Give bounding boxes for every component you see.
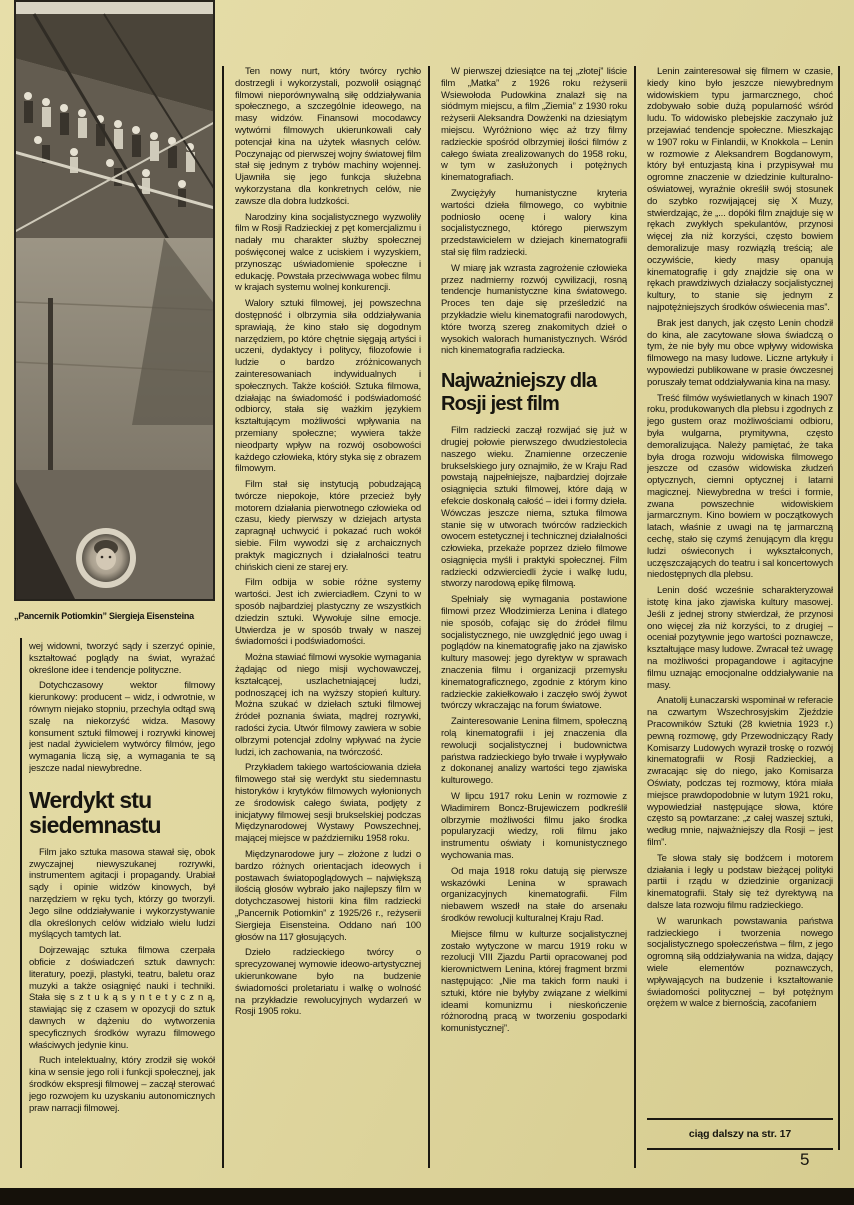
text-column-4: Lenin zainteresował się filmem w czasie,… — [647, 66, 833, 1106]
text-column-2: Ten nowy nurt, który twórcy rychło dostr… — [235, 66, 421, 1168]
paragraph: W warunkach powstawania państwa radzieck… — [647, 916, 833, 1010]
text-column-3: W pierwszej dziesiątce na tej „złotej” l… — [441, 66, 627, 1168]
column-rule — [222, 66, 224, 1168]
paragraph: Treść filmów wyświetlanych w kinach 1907… — [647, 393, 833, 582]
paragraph: Przykładem takiego wartościowania dzieła… — [235, 762, 421, 845]
paragraph: Dojrzewając sztuka filmowa czerpała obfi… — [29, 945, 215, 1051]
paragraph: Miejsce filmu w kulturze socjalistycznej… — [441, 929, 627, 1035]
paragraph: Narodziny kina socjalistycznego wyzwolił… — [235, 212, 421, 295]
page-bottom-bar — [0, 1188, 854, 1205]
paragraph: Film odbija w sobie różne systemy wartoś… — [235, 577, 421, 648]
paragraph: Lenin zainteresował się filmem w czasie,… — [647, 66, 833, 314]
paragraph: Spełniały się wymagania postawione filmo… — [441, 594, 627, 712]
paragraph: W pierwszej dziesiątce na tej „złotej” l… — [441, 66, 627, 184]
paragraph: W miarę jak wzrasta zagrożenie człowieka… — [441, 263, 627, 357]
paragraph: Film radziecki zaczął rozwijać się już w… — [441, 425, 627, 590]
paragraph: wej widowni, tworzyć sądy i szerzyć opin… — [29, 641, 215, 676]
paragraph: Ten nowy nurt, który twórcy rychło dostr… — [235, 66, 421, 208]
photo-illustration — [14, 0, 215, 601]
paragraph: Zwyciężyły humanistyczne kryteria wartoś… — [441, 188, 627, 259]
text-column-1: wej widowni, tworzyć sądy i szerzyć opin… — [29, 641, 215, 1168]
photo-caption: „Pancernik Potiomkin” Siergieja Eisenste… — [14, 611, 220, 621]
column-rule — [838, 66, 840, 1150]
paragraph: Dzieło radzieckiego twórcy o sprecyzowan… — [235, 947, 421, 1018]
paragraph: Można stawiać filmowi wysokie wymagania … — [235, 652, 421, 758]
continuation-note: ciąg dalszy na str. 17 — [647, 1118, 833, 1150]
paragraph: W lipcu 1917 roku Lenin w rozmowie z Wła… — [441, 791, 627, 862]
paragraph: Międzynarodowe jury – złożone z ludzi o … — [235, 849, 421, 943]
paragraph: Brak jest danych, jak często Lenin chodz… — [647, 318, 833, 389]
paragraph: Anatolij Łunaczarski wspominał w referac… — [647, 695, 833, 848]
paragraph: Zainteresowanie Lenina filmem, społeczną… — [441, 716, 627, 787]
paragraph: Te słowa stały się bodźcem i motorem dzi… — [647, 853, 833, 912]
column-rule — [428, 66, 430, 1168]
page-number: 5 — [800, 1150, 809, 1170]
column-rule — [20, 638, 22, 1168]
paragraph: Film stał się instytucją pobudzającą twó… — [235, 479, 421, 573]
article-heading-najwazniejszy: Najważniejszy dla Rosji jest film — [441, 370, 627, 416]
paragraph: Ruch intelektualny, który zrodził się wo… — [29, 1055, 215, 1114]
battleship-potemkin-photo — [14, 0, 215, 601]
paragraph: Dotychczasowy wektor filmowy kierunkowy:… — [29, 680, 215, 774]
column-rule — [634, 66, 636, 1168]
article-heading-werdykt: Werdykt stu siedemnastu — [29, 788, 215, 838]
paragraph: Film jako sztuka masowa stawał się, obok… — [29, 847, 215, 941]
paragraph: Lenin dość wcześnie scharakteryzował ist… — [647, 585, 833, 691]
paragraph: Walory sztuki filmowej, jej powszechna d… — [235, 298, 421, 475]
paragraph: Od maja 1918 roku datują się pierwsze ws… — [441, 866, 627, 925]
